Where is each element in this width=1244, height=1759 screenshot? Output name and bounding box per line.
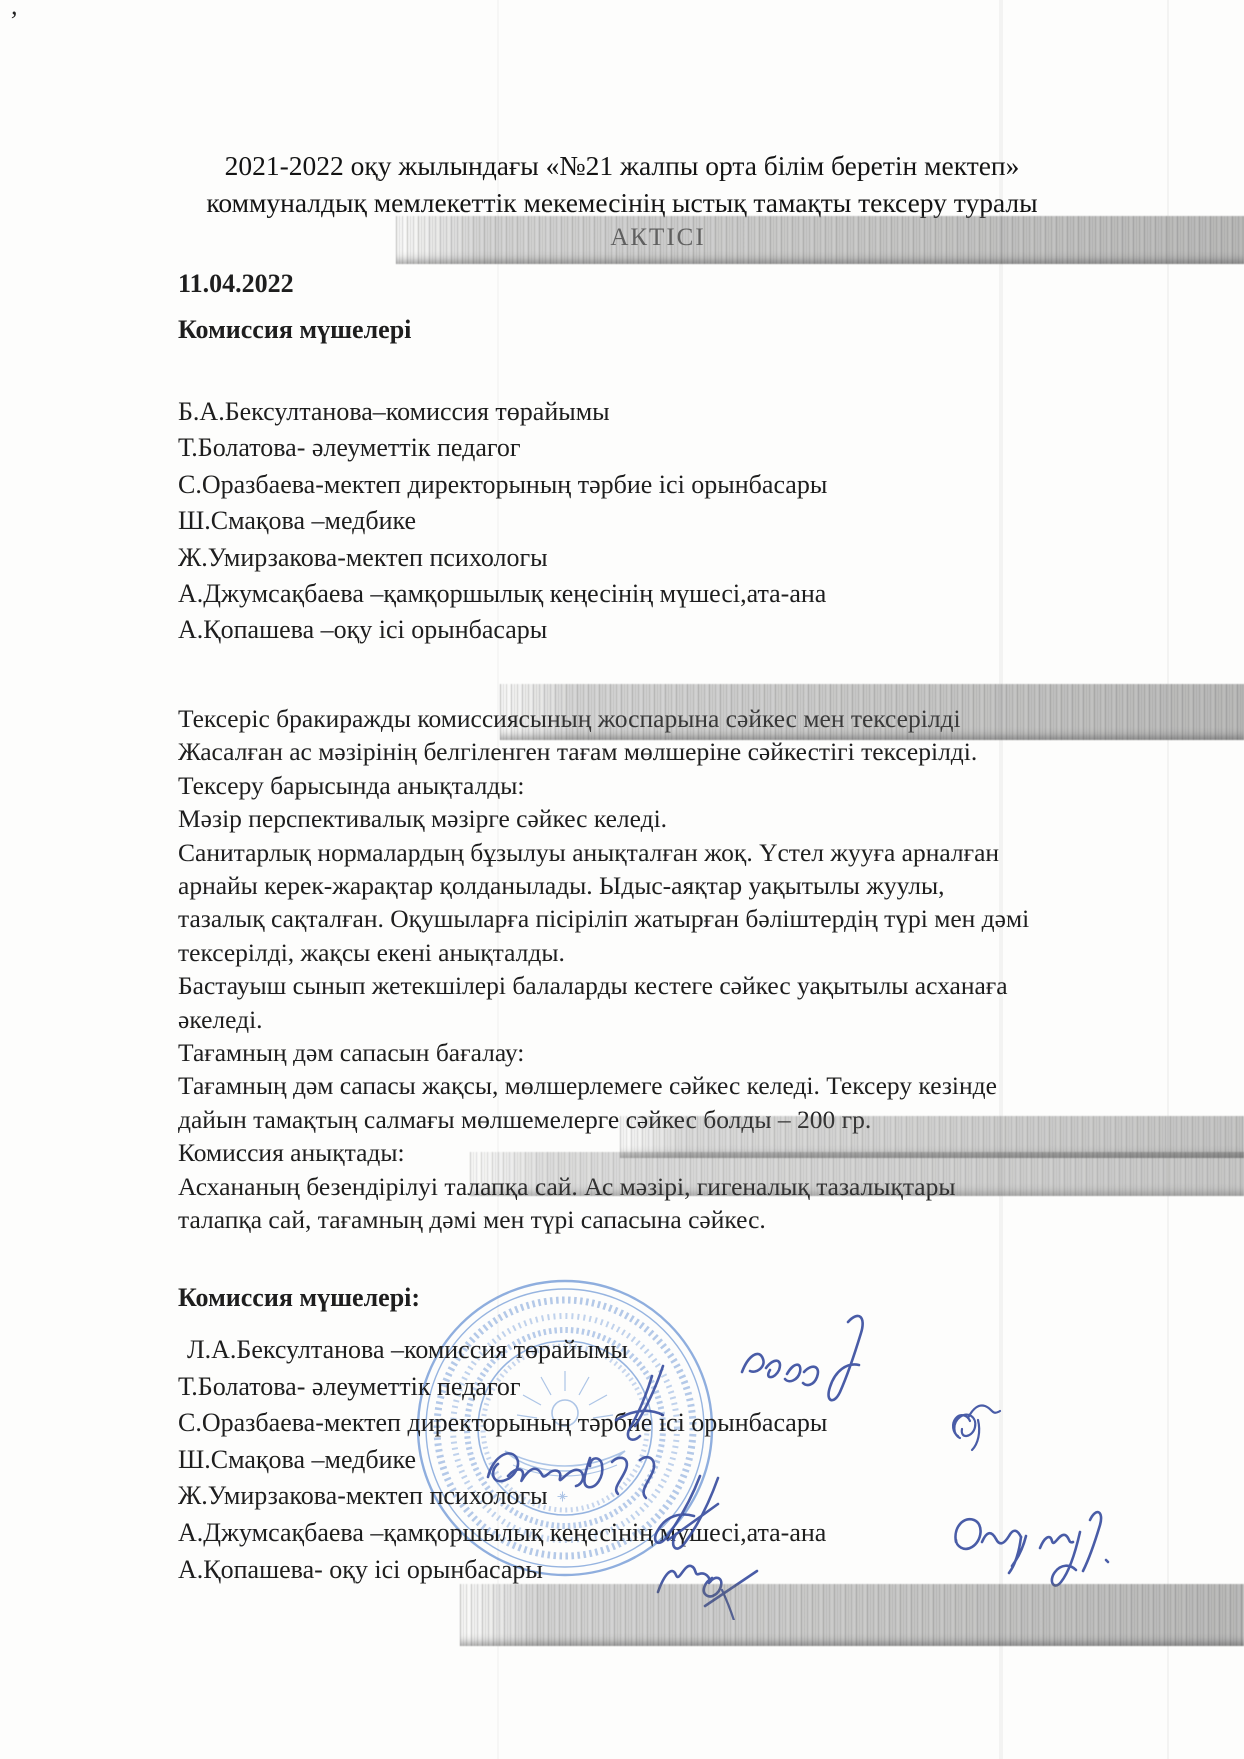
member-line: С.Оразбаева-мектеп директорының тәрбие і… bbox=[178, 467, 827, 503]
body-paragraph: Тексеріс бракиражды комиссиясының жоспар… bbox=[178, 702, 1118, 1237]
body-line: Асхананың безендірілуі талапқа сай. Ас м… bbox=[178, 1170, 1118, 1203]
member-line: Б.А.Бексултанова–комиссия төрайымы bbox=[178, 394, 827, 430]
body-line: тазалық сақталған. Оқушыларға пісіріліп … bbox=[178, 902, 1118, 935]
body-line: Бастауыш сынып жетекшілері балаларды кес… bbox=[178, 969, 1118, 1002]
member-line: Ж.Умирзакова-мектеп психологы bbox=[178, 540, 827, 576]
members-heading: Комиссия мүшелері bbox=[178, 315, 411, 345]
signature-dzhumsakbaeva bbox=[955, 1512, 1108, 1585]
body-line: Комиссия анықтады: bbox=[178, 1136, 1118, 1169]
members-list: Б.А.Бексултанова–комиссия төрайымы Т.Бол… bbox=[178, 394, 827, 649]
member-line: Т.Болатова- әлеуметтік педагог bbox=[178, 430, 827, 466]
signature-umirzakova bbox=[655, 1476, 718, 1549]
body-line: арнайы керек-жарақтар қолданылады. Ыдыс-… bbox=[178, 869, 1118, 902]
signature-beksultanova bbox=[742, 1316, 863, 1400]
member-line: Ш.Смақова –медбике bbox=[178, 503, 827, 539]
signature-bolatova bbox=[616, 1366, 663, 1440]
scanned-document-page: ʼ 2021-2022 оқу жылындағы «№21 жалпы орт… bbox=[0, 0, 1244, 1759]
body-line: дайын тамақтың салмағы мөлшемелерге сәйк… bbox=[178, 1103, 1118, 1136]
body-line: Жасалған ас мәзірінің белгіленген тағам … bbox=[178, 735, 1118, 768]
signatures-heading: Комиссия мүшелері: bbox=[178, 1283, 420, 1313]
body-line: тексерілді, жақсы екені анықталды. bbox=[178, 936, 1118, 969]
body-line: әкеледі. bbox=[178, 1003, 1118, 1036]
act-label: АКТІСІ bbox=[578, 224, 738, 252]
signature-kopasheva bbox=[658, 1566, 757, 1620]
body-line: Мәзір перспективалық мәзірге сәйкес келе… bbox=[178, 802, 1118, 835]
member-line: А.Джумсақбаева –қамқоршылық кеңесінің мү… bbox=[178, 576, 827, 612]
title-line-1: 2021-2022 оқу жылындағы «№21 жалпы орта … bbox=[0, 147, 1244, 184]
member-line: А.Қопашева –оқу ісі орынбасары bbox=[178, 612, 827, 648]
title-line-2: коммуналдық мемлекеттік мекемесінің ысты… bbox=[0, 184, 1244, 221]
scan-smudge-band-title bbox=[396, 216, 1244, 264]
body-line: Тексеріс бракиражды комиссиясының жоспар… bbox=[178, 702, 1118, 735]
body-line: Тексеру барысында анықталды: bbox=[178, 769, 1118, 802]
handwritten-signatures bbox=[400, 1290, 1120, 1620]
corner-scan-mark: ʼ bbox=[8, 6, 17, 36]
body-line: талапқа сай, тағамның дәмі мен түрі сапа… bbox=[178, 1203, 1118, 1236]
body-line: Санитарлық нормалардың бұзылуы анықталға… bbox=[178, 836, 1118, 869]
signature-smakova bbox=[488, 1453, 654, 1498]
scanner-streak bbox=[1167, 0, 1169, 1759]
document-title: 2021-2022 оқу жылындағы «№21 жалпы орта … bbox=[0, 147, 1244, 221]
signature-orazbaeva bbox=[953, 1406, 1000, 1451]
body-line: Тағамның дәм сапасы жақсы, мөлшерлемеге … bbox=[178, 1069, 1118, 1102]
body-line: Тағамның дәм сапасын бағалау: bbox=[178, 1036, 1118, 1069]
document-date: 11.04.2022 bbox=[178, 269, 294, 299]
